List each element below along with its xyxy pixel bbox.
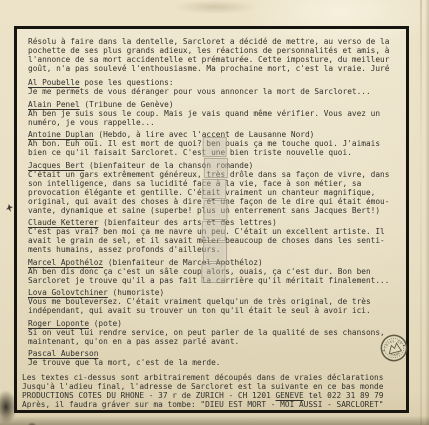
quote-section: Al Poubelle pose les questions:Je me per… [28, 78, 401, 96]
underlined-word: GENEVE [275, 391, 303, 400]
speaker-name: Marcel Apothéloz [28, 258, 103, 267]
tape-segment [203, 200, 227, 220]
right-edge-shadow [425, 0, 429, 425]
quote-section: Lova Golovtchiner (humoriste)Vous me bou… [28, 288, 401, 315]
speaker-affiliation: (bienfaiteur de la chanson romande) [89, 161, 253, 170]
footer-line: Les textes ci-dessus sont arbitrairement… [22, 373, 401, 382]
speaker-quote: Vous me bouleversez. C'était vraiment qu… [28, 297, 401, 315]
quote-section: Alain Penel (Tribune de Genève)Ah ben je… [28, 100, 401, 127]
speaker-header: Roger Loponte (pote) [28, 319, 401, 328]
speaker-name: Jacques Bert [28, 161, 84, 170]
speaker-name: Pascal Auberson [28, 349, 98, 358]
speaker-quote: Je me permets de vous déranger pour vous… [28, 87, 401, 96]
speaker-affiliation: (Tribune de Genève) [84, 100, 173, 109]
speaker-affiliation: pose les questions: [84, 78, 173, 87]
tape-segment [204, 158, 228, 178]
bottom-edge-shadow [0, 416, 429, 425]
speaker-name: Antoine Duplan [28, 130, 94, 139]
speaker-quote: Je trouve que la mort, c'est de la merde… [28, 358, 401, 367]
speaker-name: Alain Penel [28, 100, 80, 109]
paper-crease [420, 0, 422, 425]
speaker-name: Claude Ketterer [28, 218, 98, 227]
tape-segment [203, 242, 227, 262]
speaker-quote: Ah ben je suis sous le coup. Mais je vai… [28, 109, 401, 127]
speaker-header: Lova Golovtchiner (humoriste) [28, 288, 401, 297]
footer-block: Les textes ci-dessus sont arbitrairement… [22, 373, 401, 409]
speaker-name: Roger Loponte [28, 319, 89, 328]
footer-line: Après, il faudra gráver sur ma tombe: "D… [22, 400, 401, 409]
speaker-header: Alain Penel (Tribune de Genève) [28, 100, 401, 109]
tape-segment [202, 221, 226, 241]
speaker-header: Al Poubelle pose les questions: [28, 78, 401, 87]
tape-segment [201, 263, 225, 283]
tape-strip [201, 136, 227, 283]
quote-section: Roger Loponte (pote)Si on veut lui rendr… [28, 319, 401, 346]
intro-paragraph: Résolu à faire dans la dentelle, Sarclor… [28, 37, 401, 73]
speaker-affiliation: (bienfaiteur de Marcel Apothéloz) [108, 258, 263, 267]
speaker-affiliation: (humoriste) [113, 288, 165, 297]
footer-line: Jusqu'à l'adieu final, l'adresse de Sarc… [22, 382, 401, 391]
speaker-name: Lova Golovtchiner [28, 288, 108, 297]
margin-pen-mark [6, 204, 13, 212]
quote-section: Pascal AubersonJe trouve que la mort, c'… [28, 349, 401, 367]
speaker-quote: Si on veut lui rendre service, on peut p… [28, 328, 401, 346]
speaker-affiliation: (pote) [94, 319, 122, 328]
footer-line: PRODUCTIONS COTES DU RHONE - 37 r de ZUR… [22, 391, 401, 400]
speaker-affiliation: (bienfaiteur des arts et des lettres) [103, 218, 277, 227]
speaker-header: Pascal Auberson [28, 349, 401, 358]
tape-segment [203, 137, 227, 157]
record-sleeve-back-photo: Résolu à faire dans la dentelle, Sarclor… [0, 0, 429, 425]
tape-segment [202, 179, 226, 199]
speaker-name: Al Poubelle [28, 78, 80, 87]
